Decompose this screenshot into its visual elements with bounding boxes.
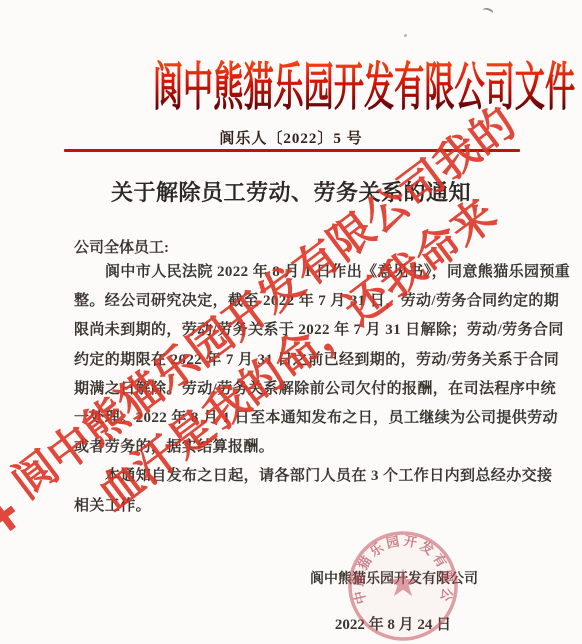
scanned-notice-document: 阆中熊猫乐园开发有限公司文件 阆乐人〔2022〕5 号 关于解除员工劳动、劳务关… bbox=[0, 0, 582, 644]
scan-artifact-squiggle bbox=[481, 6, 494, 18]
company-letterhead-title: 阆中熊猫乐园开发有限公司文件 bbox=[153, 60, 575, 118]
salutation: 公司全体员工: bbox=[74, 236, 169, 257]
watermark-fragment-stroke bbox=[0, 501, 16, 531]
signature-date: 2022 年 8 月 24 日 bbox=[310, 613, 476, 634]
signature-company: 阆中熊猫乐园开发有限公司 bbox=[310, 568, 476, 588]
watermark-clipped-char bbox=[0, 493, 26, 539]
scan-artifact-dot bbox=[404, 34, 407, 37]
signature-block: 阆中熊猫乐园开发有限公司 2022 年 8 月 24 日 bbox=[310, 568, 476, 634]
notice-title: 关于解除员工劳动、劳务关系的通知 bbox=[0, 176, 582, 207]
